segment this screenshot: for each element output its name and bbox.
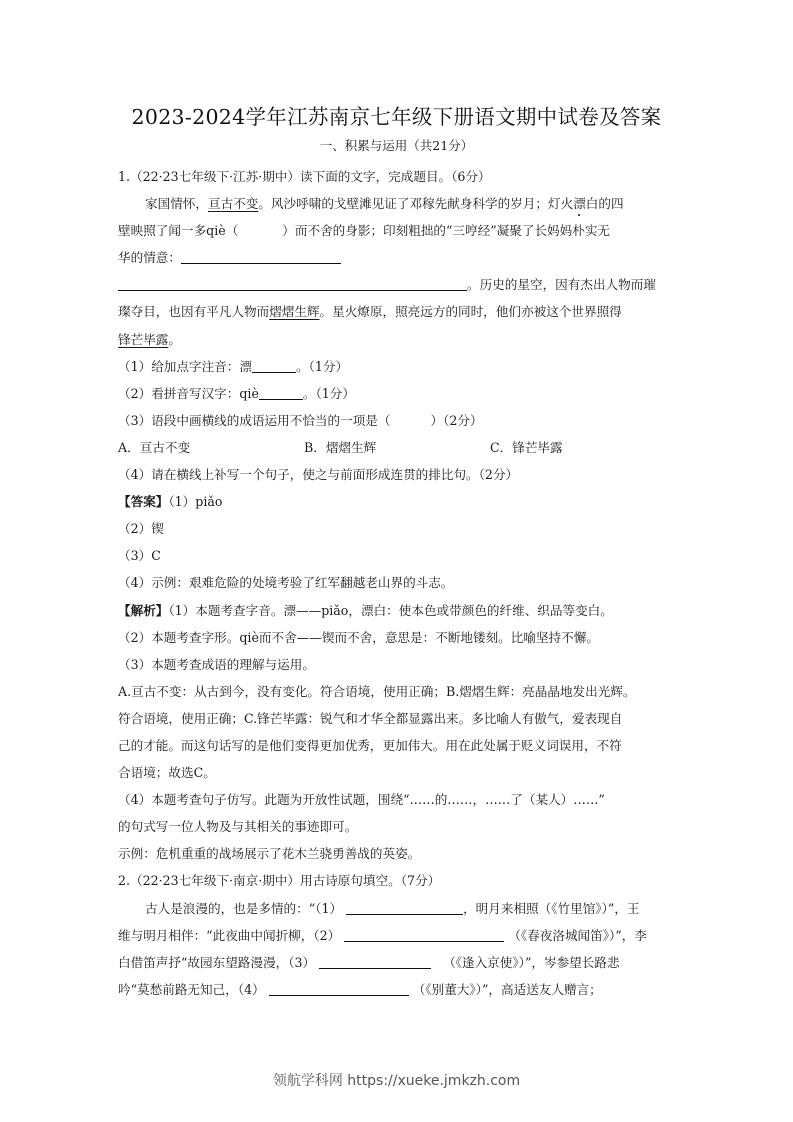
sub-question-1: （1）给加点字注音：漂。（1分）: [118, 353, 676, 380]
poem-fill-line-3: 白借笛声抒“故园东望路漫漫，（3） （《逢入京使》）”，岑参望长路悲: [118, 949, 676, 976]
passage-text: 白的四: [586, 196, 624, 211]
watermark-footer: 领航学科网 https://xueke.jmkzh.com: [0, 1070, 793, 1090]
answer-2: （2）锲: [118, 515, 676, 542]
answer-3: （3）C: [118, 542, 676, 569]
analysis-3-detail: 合语境；故选C。: [118, 759, 676, 786]
analysis-3-detail: A.亘古不变：从古到今，没有变化。符合语境，使用正确；B.熠熠生辉：亮晶晶地发出…: [118, 678, 676, 705]
analysis-4: 的句式写一位人物及与其相关的事迹即可。: [118, 813, 676, 840]
option-b[interactable]: B．熠熠生辉: [304, 434, 490, 461]
document-title: 2023-2024学年江苏南京七年级下册语文期中试卷及答案: [0, 100, 793, 130]
sub-question-text: 。（1分）: [303, 386, 355, 401]
underlined-idiom: 熠熠生辉: [269, 304, 319, 319]
analysis-4: （4）本题考查句子仿写。此题为开放性试题，围绕“……的……，……了（某人）……”: [118, 786, 676, 813]
passage-text: 。风沙呼啸的戈壁滩见证了邓稼先献身科学的岁月；灯火: [258, 196, 573, 211]
answer-1: 【答案】（1）piǎo: [118, 488, 676, 515]
document-body: 1.（22·23七年级下·江苏·期中）读下面的文字，完成题目。（6分） 家国情怀…: [118, 163, 676, 1003]
poem-fill-line-4: 吟“莫愁前路无知己，（4） （《别董大》）”，高适送友人赠言；: [118, 976, 676, 1003]
analysis-example: 示例：危机重重的战场展示了花木兰骁勇善战的英姿。: [118, 840, 676, 867]
sub-question-text: （2）看拼音写汉字：qiè: [118, 386, 259, 401]
sub-question-4: （4）请在横线上补写一个句子，使之与前面形成连贯的排比句。（2分）: [118, 461, 676, 488]
sub-question-2: （2）看拼音写汉字：qiè。（1分）: [118, 380, 676, 407]
underlined-idiom: 锋芒毕露: [118, 332, 168, 347]
passage-line-2: 壁映照了闻一多qiè（）而不舍的身影；印刻粗拙的“三哼经”凝聚了长妈妈朴实无: [118, 217, 676, 244]
analysis-text: （1）本题考查字音。漂——piǎo，漂白：使本色或带颜色的纤维、织品等变白。: [168, 603, 613, 618]
analysis-label: 【解析】: [118, 603, 168, 618]
document-page: 2023-2024学年江苏南京七年级下册语文期中试卷及答案 一、积累与运用（共2…: [0, 0, 793, 1122]
answer-blank-line[interactable]: [319, 954, 431, 969]
sub-question-text: （1）给加点字注音：漂: [118, 359, 252, 374]
poem-text: ，明月来相照（《竹里馆》）”，王: [463, 901, 639, 916]
sub-question-3: （3）语段中画横线的成语运用不恰当的一项是（）（2分）: [118, 407, 676, 434]
analysis-3: （3）本题考查成语的理解与运用。: [118, 651, 676, 678]
passage-text: 。星火燎原，照亮远方的同时，他们亦被这个世界照得: [320, 304, 622, 319]
passage-line-6: 锋芒毕露。: [118, 326, 676, 353]
passage-text: 。历史的星空，因有杰出人物而璀: [467, 277, 656, 292]
passage-text: 华的情意：: [118, 250, 181, 265]
passage-text: 。: [168, 332, 181, 347]
analysis-3-detail: 己的才能。而这句话写的是他们变得更加优秀，更加伟大。用在此处属于贬义词误用，不符: [118, 732, 676, 759]
answer-blank-line[interactable]: [118, 276, 467, 291]
question-1-header: 1.（22·23七年级下·江苏·期中）读下面的文字，完成题目。（6分）: [118, 163, 676, 190]
dotted-character: 漂: [573, 196, 586, 211]
poem-text: 白借笛声抒“故园东望路漫漫，（3）: [118, 955, 315, 970]
answer-blank-line[interactable]: [269, 981, 409, 996]
analysis-2: （2）本题考查字形。qiè而不舍——锲而不舍，意思是：不断地镂刻。比喻坚持不懈。: [118, 624, 676, 651]
passage-text: 璨夺目，也因有平凡人物而: [118, 304, 269, 319]
analysis-1: 【解析】（1）本题考查字音。漂——piǎo，漂白：使本色或带颜色的纤维、织品等变…: [118, 597, 676, 624]
analysis-3-detail: 符合语境，使用正确；C.锋芒毕露：锐气和才华全都显露出来。多比喻人有傲气，爱表现…: [118, 705, 676, 732]
poem-text: （《别董大》）”，高适送友人赠言；: [413, 982, 602, 997]
underlined-idiom: 亘古不变: [208, 196, 258, 211]
sub-question-text: ）（2分）: [430, 413, 482, 428]
passage-line-1: 家国情怀，亘古不变。风沙呼啸的戈壁滩见证了邓稼先献身科学的岁月；灯火漂白的四: [118, 190, 676, 217]
answer-blank-line[interactable]: [344, 927, 504, 942]
poem-text: 吟“莫愁前路无知己，（4）: [118, 982, 265, 997]
answer-blank-line[interactable]: [252, 358, 296, 373]
options-row: A．亘古不变B．熠熠生辉C．锋芒毕露: [118, 434, 676, 461]
poem-text: 古人是浪漫的，也是多情的：“（1）: [145, 901, 342, 916]
poem-text: （《逢入京使》）”，岑参望长路悲: [443, 955, 619, 970]
passage-text: 壁映照了闻一多qiè（: [118, 223, 238, 238]
poem-text: （《春夜洛城闻笛》）”，李: [508, 928, 647, 943]
poem-fill-line-1: 古人是浪漫的，也是多情的：“（1） ，明月来相照（《竹里馆》）”，王: [118, 895, 676, 922]
passage-text: 家国情怀，: [145, 196, 208, 211]
section-heading: 一、积累与运用（共21分）: [0, 136, 793, 154]
passage-text: ）而不舍的身影；印刻粗拙的“三哼经”凝聚了长妈妈朴实无: [282, 223, 610, 238]
answer-blank-line[interactable]: [181, 249, 341, 264]
passage-line-5: 璨夺目，也因有平凡人物而熠熠生辉。星火燎原，照亮远方的同时，他们亦被这个世界照得: [118, 298, 676, 325]
sub-question-text: 。（1分）: [296, 359, 348, 374]
question-2-header: 2.（22·23七年级下·南京·期中）用古诗原句填空。（7分）: [118, 867, 676, 894]
option-a[interactable]: A．亘古不变: [118, 434, 304, 461]
answer-blank-line[interactable]: [259, 385, 303, 400]
sub-question-text: （3）语段中画横线的成语运用不恰当的一项是（: [118, 413, 390, 428]
answer-label: 【答案】: [118, 494, 168, 509]
option-c[interactable]: C．锋芒毕露: [490, 434, 563, 461]
passage-line-3: 华的情意：: [118, 244, 676, 271]
poem-fill-line-2: 维与明月相伴：“此夜曲中闻折柳，（2） （《春夜洛城闻笛》）”，李: [118, 922, 676, 949]
answer-4: （4）示例：艰难危险的处境考验了红军翻越老山界的斗志。: [118, 569, 676, 596]
poem-text: 维与明月相伴：“此夜曲中闻折柳，（2）: [118, 928, 340, 943]
passage-line-4: 。历史的星空，因有杰出人物而璀: [118, 271, 676, 298]
answer-text: （1）piǎo: [168, 494, 222, 509]
answer-blank-line[interactable]: [346, 900, 463, 915]
